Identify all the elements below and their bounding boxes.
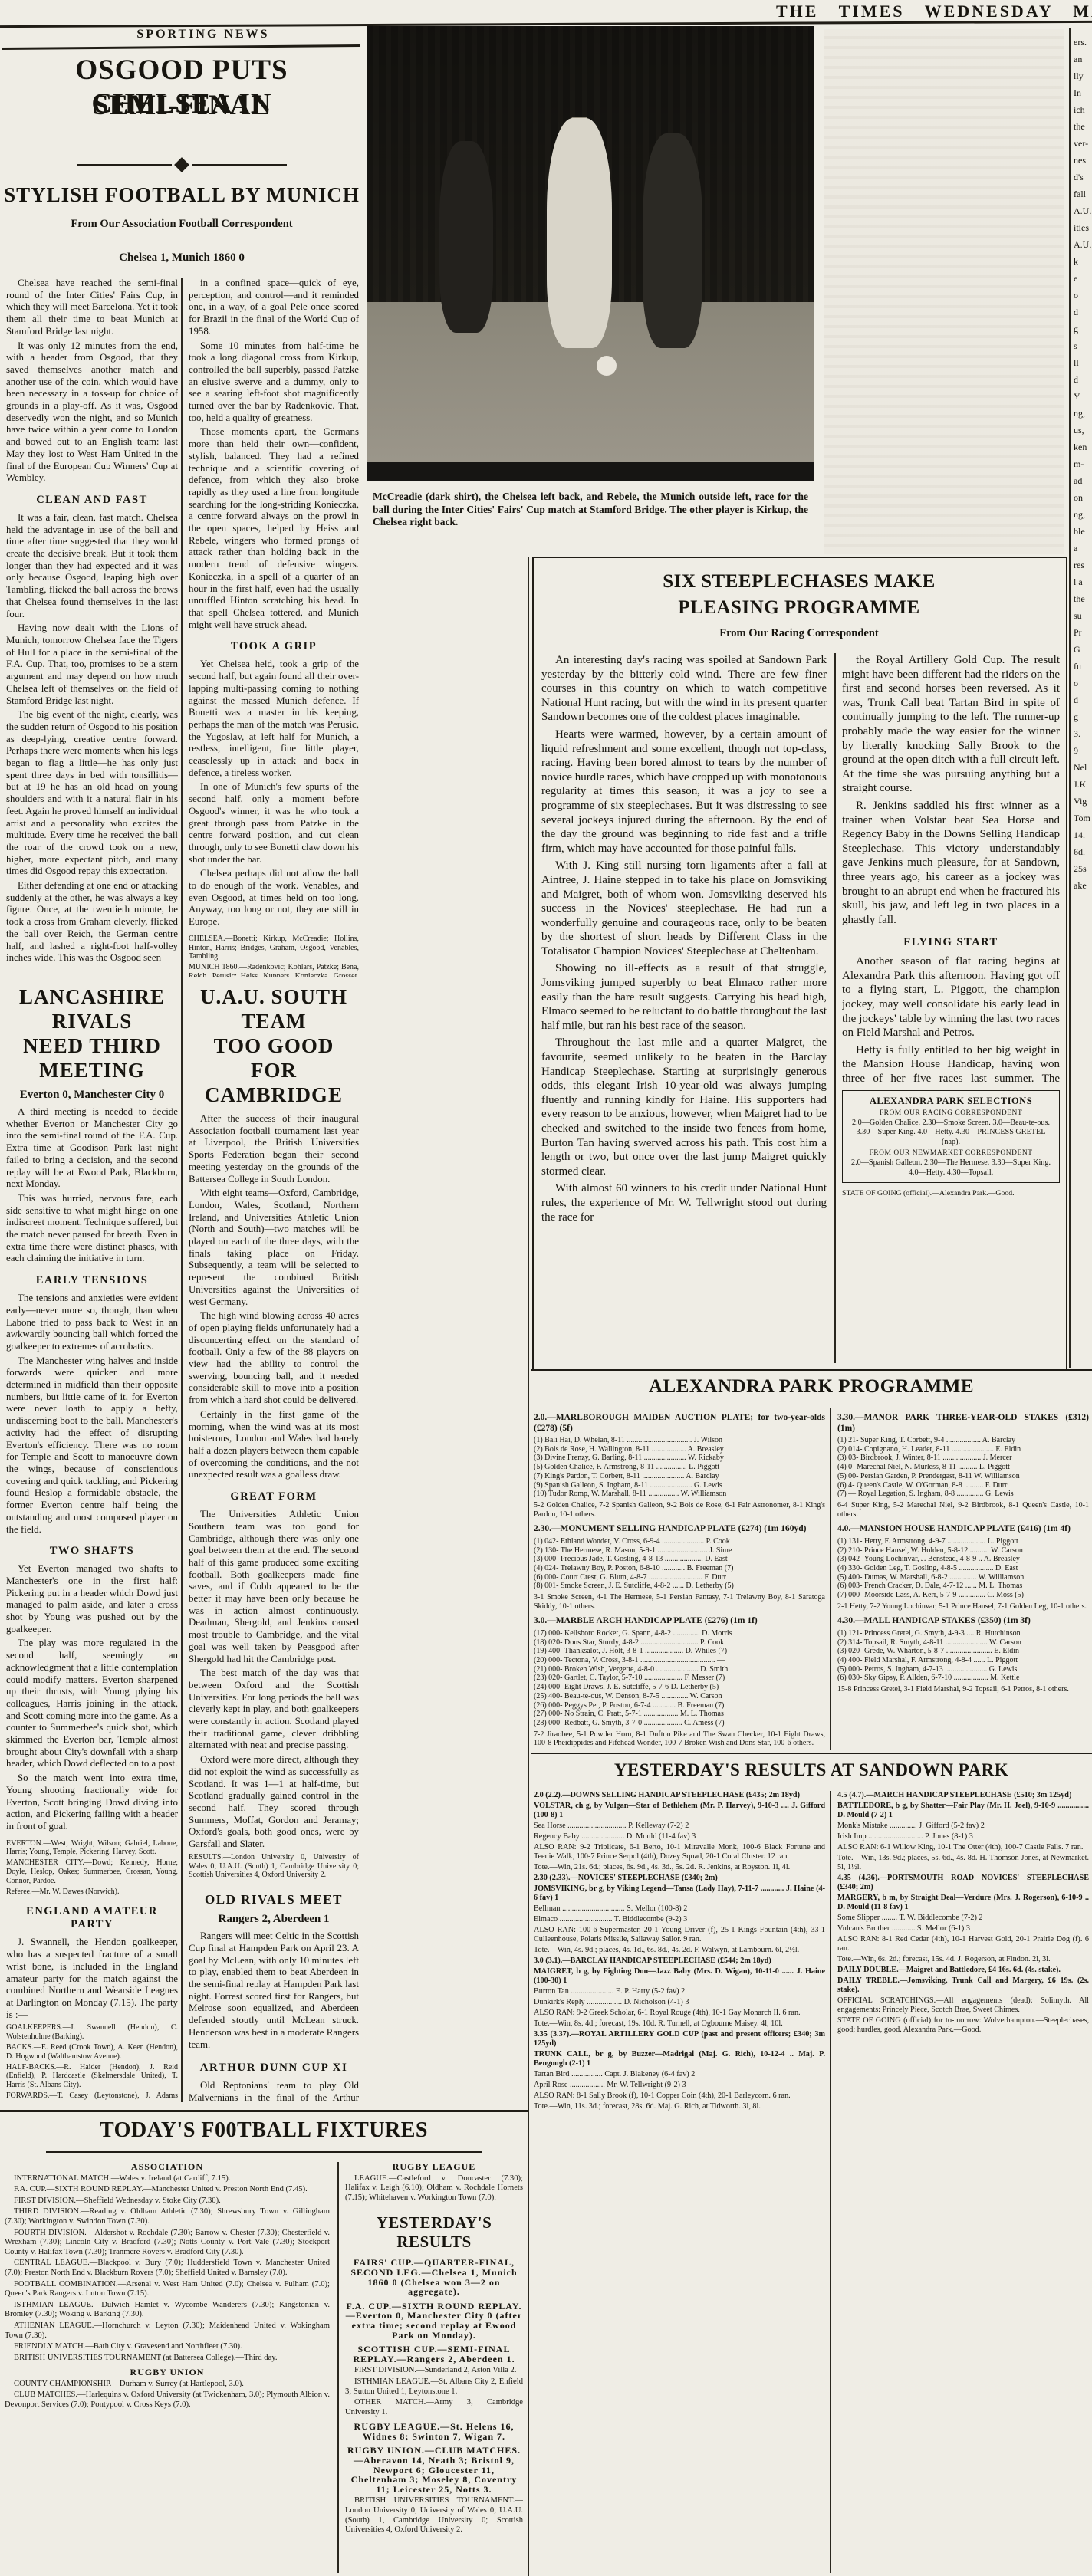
result-line: 4.35 (4.36).—PORTSMOUTH ROAD NOVICES' ST…	[837, 1874, 1089, 1892]
race-entry: (21) 000- Broken Wish, Vergette, 4-8-0 .…	[534, 1665, 825, 1674]
edge-fragment: o	[1074, 675, 1092, 692]
result-line: 3.35 (3.37).—ROYAL ARTILLERY GOLD CUP (p…	[534, 2030, 825, 2049]
race-entries: (17) 000- Kellsboro Rocket, G. Spann, 4-…	[534, 1629, 825, 1728]
fixture-line: FIRST DIVISION.—Sheffield Wednesday v. S…	[5, 2196, 330, 2206]
edge-fragment: ble	[1074, 523, 1092, 540]
selections-sub-1: FROM OUR RACING CORRESPONDENT	[849, 1109, 1053, 1117]
paragraph: Yet Everton managed two shafts to Manche…	[6, 1563, 178, 1635]
paragraph: This was hurried, nervous fare, each sid…	[6, 1193, 178, 1265]
race-entry: (2) Bois de Rose, H. Wallington, 8-11 ..…	[534, 1445, 825, 1454]
edge-fragment: ng,	[1074, 405, 1092, 422]
result-line: Dunkirk's Reply .................. D. Ni…	[534, 1998, 825, 2007]
paragraph: Yet Chelsea held, took a grip of the sec…	[189, 659, 359, 779]
party-line: GOALKEEPERS.—J. Swannell (Hendon), C. Wo…	[6, 2023, 178, 2042]
fixtures-title: TODAY'S F00TBALL FIXTURES	[0, 2119, 528, 2142]
edge-fragment: 6d.	[1074, 843, 1092, 860]
everton-paras-1: A third meeting is needed to decide whet…	[6, 1106, 178, 1265]
column-rule	[181, 278, 183, 2102]
edge-fragment: a	[1074, 540, 1092, 557]
race-entry: (25) 400- Beau-te-ous, W. Denson, 8-7-5 …	[534, 1692, 825, 1701]
edge-fragment: g	[1074, 320, 1092, 337]
programme-race-2-0: 2.0.—MARLBOROUGH MAIDEN AUCTION PLATE; f…	[534, 1413, 825, 1519]
crosshead-great-form: GREAT FORM	[189, 1490, 359, 1503]
osgood-headline-2: SEMI-FINAL	[3, 89, 360, 123]
sandown-right-lines: 4.5 (4.7).—MARCH HANDICAP STEEPLECHASE (…	[837, 1791, 1089, 2035]
result-line: Tartan Bird ................ Capt. J. Bl…	[534, 2070, 825, 2079]
result-line: April Rose .................. Mr. W. Tel…	[534, 2081, 825, 2090]
association-fixtures: INTERNATIONAL MATCH.—Wales v. Ireland (a…	[5, 2174, 330, 2410]
osgood-col2b-paras: Yet Chelsea held, took a grip of the sec…	[189, 659, 359, 928]
edge-fragment: 9	[1074, 742, 1092, 759]
edge-fragment: l a	[1074, 573, 1092, 590]
arthur-dunn-headline: ARTHUR DUNN CUP XI	[189, 2062, 359, 2075]
race-entry: (18) 020- Dons Star, Sturdy, 4-8-2 .....…	[534, 1638, 825, 1648]
result-line: Tote.—Win, 6s. 2d.; forecast, 15s. 4d. J…	[837, 1955, 1089, 1964]
edge-fragment: ake	[1074, 877, 1092, 894]
crosshead-took-a-grip: TOOK A GRIP	[189, 640, 359, 653]
sandown-column-2: 4.5 (4.7).—MARCH HANDICAP STEEPLECHASE (…	[837, 1791, 1089, 2570]
edge-fragment: d	[1074, 692, 1092, 708]
paragraph: Oxford were more direct, although they d…	[189, 1754, 359, 1851]
everton-paras-2: The tensions and anxieties were evident …	[6, 1293, 178, 1536]
uau-paras-2: The Universities Athletic Union Southern…	[189, 1509, 359, 1851]
main-section-rule	[528, 557, 529, 2576]
selections-sub-2: FROM OUR NEWMARKET CORRESPONDENT	[849, 1149, 1053, 1157]
party-line: HALF-BACKS.—R. Haider (Hendon), J. Reid …	[6, 2063, 178, 2090]
race-entry: (5) 400- Dumas, W. Marshall, 6-8-2 .....…	[837, 1573, 1089, 1582]
race-entry: (3) 000- Precious Jade, T. Gosling, 4-8-…	[534, 1555, 825, 1564]
programme-race-3-30: 3.30.—MANOR PARK THREE-YEAR-OLD STAKES (…	[837, 1413, 1089, 1519]
edge-fragment: the	[1074, 118, 1092, 135]
fixture-line: ISTHMIAN LEAGUE.—Dulwich Hamlet v. Wycom…	[5, 2301, 330, 2320]
kicker-rule	[2, 44, 360, 50]
race-title: 4.30.—MALL HANDICAP STAKES (£350) (1m 3f…	[837, 1616, 1089, 1627]
result-line: 3.0 (3.1).—BARCLAY HANDICAP STEEPLECHASE…	[534, 1957, 825, 1966]
result-line: MARGERY, b m, by Straight Deal—Verdure (…	[837, 1894, 1089, 1912]
race-betting: 2-1 Hetty, 7-2 Young Lochinvar, 5-1 Prin…	[837, 1602, 1089, 1612]
edge-fragment: g	[1074, 708, 1092, 725]
edge-fragment: ich	[1074, 101, 1092, 118]
diamond-divider	[77, 159, 287, 170]
photo-caption: McCreadie (dark shirt), the Chelsea left…	[373, 491, 808, 529]
rugby-league-fixtures: LEAGUE.—Castleford v. Doncaster (7.30); …	[345, 2174, 523, 2203]
edge-fragment: 25s	[1074, 860, 1092, 877]
uau-paras-1: After the success of their inaugural Ass…	[189, 1113, 359, 1481]
selections-lines-1: 2.0—Golden Chalice. 2.30—Smoke Screen. 3…	[849, 1119, 1053, 1147]
result-line: Tote.—Win, 11s. 3d.; forecast, 28s. 6d. …	[534, 2102, 825, 2111]
race-entry: (2) 130- The Hermese, R. Mason, 5-9-1 ..…	[534, 1546, 825, 1556]
result-line: BATTLEDORE, b g, by Shatter—Fair Play (M…	[837, 1802, 1089, 1820]
paragraph: The Manchester wing halves and inside fo…	[6, 1355, 178, 1536]
race-entry: (10) Tudor Romp, W. Marshall, 8-11 .....…	[534, 1490, 825, 1499]
edge-fragment: ities	[1074, 219, 1092, 236]
edge-fragment: o	[1074, 287, 1092, 304]
yesterdays-results-lines: FAIRS' CUP.—QUARTER-FINAL, SECOND LEG.—C…	[345, 2258, 523, 2535]
paragraph: Chelsea perhaps did not allow the ball t…	[189, 868, 359, 928]
edge-fragment: ng,	[1074, 506, 1092, 523]
racing-column-1: An interesting day's racing was spoiled …	[541, 653, 827, 1362]
programme-race-4-30: 4.30.—MALL HANDICAP STAKES (£350) (1m 3f…	[837, 1616, 1089, 1694]
edge-fragment: on	[1074, 489, 1092, 506]
fixture-line: THIRD DIVISION.—Reading v. Oldham Athlet…	[5, 2207, 330, 2226]
result-line: ISTHMIAN LEAGUE.—St. Albans City 2, Enfi…	[345, 2377, 523, 2397]
paragraph: The high wind blowing across 40 acres of…	[189, 1310, 359, 1407]
result-line: ALSO RAN: 9-2 Triplicate, 6-1 Berto, 10-…	[534, 1843, 825, 1861]
paragraph: So the match went into extra time, Young…	[6, 1773, 178, 1833]
result-line: 2.0 (2.2).—DOWNS SELLING HANDICAP STEEPL…	[534, 1791, 825, 1800]
race-entry: (4) 330- Golden Leg, T. Gosling, 4-8-5 .…	[837, 1564, 1089, 1573]
selection-line: 2.0—Spanish Galleon. 2.30—The Hermese. 3…	[849, 1158, 1053, 1168]
result-line: RUGBY UNION.—CLUB MATCHES.—Aberavon 14, …	[345, 2446, 523, 2494]
paragraph: Throughout the last mile and a quarter M…	[541, 1036, 827, 1178]
fixture-line: COUNTY CHAMPIONSHIP.—Durham v. Surrey (a…	[5, 2380, 330, 2390]
section-kicker: SPORTING NEWS	[46, 28, 360, 41]
crosshead-flying-start: FLYING START	[842, 936, 1060, 949]
crosshead-early-tensions: EARLY TENSIONS	[6, 1274, 178, 1287]
edge-fragment: us,	[1074, 422, 1092, 439]
selection-line: 3.30—Super King. 4.0—Hetty. 4.30—PRINCES…	[849, 1128, 1053, 1147]
paragraph: R. Jenkins saddled his first winner as a…	[842, 799, 1060, 927]
everton-scoreline: Everton 0, Manchester City 0	[6, 1089, 178, 1102]
result-line: VOLSTAR, ch g, by Vulgan—Star of Bethleh…	[534, 1802, 825, 1820]
photo-player-white-shirt	[547, 118, 612, 348]
paragraph: A third meeting is needed to decide whet…	[6, 1106, 178, 1191]
race-entry: (4) 400- Field Marshal, F. Armstrong, 4-…	[837, 1656, 1089, 1665]
race-entry: (2) 314- Topsail, R. Smyth, 4-8-11 .....…	[837, 1638, 1089, 1648]
racing-byline: From Our Racing Correspondent	[537, 627, 1061, 640]
result-line: Monk's Mistake .............. J. Gifford…	[837, 1822, 1089, 1831]
race-entry: (3) 020- Grede, W. Wharton, 5-8-7 ......…	[837, 1647, 1089, 1656]
race-entry: (5) Golden Chalice, F. Armstrong, 8-11 .…	[534, 1463, 825, 1472]
edge-fragments: ers.anllyInichthever-nesd'sfallA.U.ities…	[1074, 34, 1092, 894]
rugby-league-label: RUGBY LEAGUE	[345, 2162, 523, 2172]
everton-headline-1: LANCASHIRE RIVALS	[6, 984, 178, 1033]
racing-headline-1: SIX STEEPLECHASES MAKE	[537, 570, 1061, 593]
edge-fragment: e	[1074, 270, 1092, 287]
programme-race-4-0: 4.0.—MANSION HOUSE HANDICAP PLATE (£416)…	[837, 1524, 1089, 1611]
edge-fragment: fall	[1074, 186, 1092, 202]
programme-title: ALEXANDRA PARK PROGRAMME	[531, 1375, 1092, 1398]
edge-fragment: fu	[1074, 658, 1092, 675]
race-entry: (1) 121- Princess Gretel, G. Smyth, 4-9-…	[837, 1629, 1089, 1638]
result-line: Burton Tan ...................... E. P. …	[534, 1987, 825, 1996]
result-line: Irish Imp ............................ P…	[837, 1832, 1089, 1842]
party-line: FORWARDS.—T. Casey (Leytonstone), J. Ada…	[6, 2091, 178, 2101]
edge-fragment: d	[1074, 371, 1092, 388]
osgood-byline: From Our Association Football Correspond…	[3, 218, 360, 231]
result-line: MAIGRET, b g, by Fighting Don—Jazz Baby …	[534, 1967, 825, 1986]
photo-player-dark-right	[643, 133, 702, 348]
team-line: Referee.—Mr. W. Dawes (Norwich).	[6, 1888, 178, 1897]
result-line: Regency Baby ...................... D. M…	[534, 1832, 825, 1842]
race-entry: (7) King's Pardon, T. Corbett, 8-11 ....…	[534, 1472, 825, 1481]
edge-fragment: Pr	[1074, 624, 1092, 641]
race-entry: (6) 003- French Cracker, D. Dale, 4-7-12…	[837, 1582, 1089, 1591]
osgood-col1b-paras: It was a fair, clean, fast match. Chelse…	[6, 512, 178, 964]
photo-player-dark-left	[439, 141, 493, 333]
paragraph: In one of Munich's few spurts of the sec…	[189, 781, 359, 866]
paragraph: It was a fair, clean, fast match. Chelse…	[6, 512, 178, 620]
edge-fragment: s	[1074, 337, 1092, 354]
paragraph: The tensions and anxieties were evident …	[6, 1293, 178, 1353]
race-betting: 7-2 Jiraobee, 5-1 Powder Horn, 8-1 Dufto…	[534, 1730, 825, 1748]
result-line: STATE OF GOING (official) for to-morrow:…	[837, 2016, 1089, 2035]
fixtures-column-1: ASSOCIATION INTERNATIONAL MATCH.—Wales v…	[5, 2162, 330, 2571]
osgood-col2-paras: in a confined space—quick of eye, percep…	[189, 278, 359, 631]
race-entry: (7) 000- Moorside Lass, A. Kerr, 5-7-9 .…	[837, 1591, 1089, 1600]
edge-fragment: G	[1074, 641, 1092, 658]
crosshead-clean-and-fast: CLEAN AND FAST	[6, 494, 178, 507]
result-line: JOMSVIKING, br g, by Viking Legend—Tansa…	[534, 1884, 825, 1903]
sandown-left-lines: 2.0 (2.2).—DOWNS SELLING HANDICAP STEEPL…	[534, 1791, 825, 2111]
race-entry: (19) 400- Thanksalot, J. Holt, 3-8-1 ...…	[534, 1647, 825, 1656]
race-betting: 6-4 Super King, 5-2 Marechal Niel, 9-2 B…	[837, 1501, 1089, 1519]
race-entry: (5) 00- Persian Garden, P. Prendergast, …	[837, 1472, 1089, 1481]
paragraph: Either defending at one end or attacking…	[6, 880, 178, 964]
programme-race-2-30: 2.30.—MONUMENT SELLING HANDICAP PLATE (£…	[534, 1524, 825, 1611]
fixture-line: FRIENDLY MATCH.—Bath City v. Gravesend a…	[5, 2342, 330, 2352]
osgood-subhead: STYLISH FOOTBALL BY MUNICH	[3, 182, 360, 207]
race-entry: (28) 000- Redbatt, G. Smyth, 3-7-0 .....…	[534, 1719, 825, 1728]
selection-line: 2.0—Golden Chalice. 2.30—Smoke Screen. 3…	[849, 1119, 1053, 1128]
race-title: 3.30.—MANOR PARK THREE-YEAR-OLD STAKES (…	[837, 1413, 1089, 1434]
programme-column-rule	[830, 1408, 831, 1750]
race-entry: (9) Spanish Galleon, S. Ingham, 8-11 ...…	[534, 1481, 825, 1490]
paragraph: Certainly in the first game of the morni…	[189, 1409, 359, 1481]
osgood-column-2: in a confined space—quick of eye, percep…	[189, 278, 359, 977]
result-line: DAILY DOUBLE.—Maigret and Battledore, £4…	[837, 1966, 1089, 1975]
result-line: Sea Horse ..............................…	[534, 1822, 825, 1831]
edge-fragment: ll	[1074, 354, 1092, 371]
race-entry: (3) 042- Young Lochinvar, J. Benstead, 4…	[837, 1555, 1089, 1564]
paragraph: The Universities Athletic Union Southern…	[189, 1509, 359, 1665]
paragraph: The best match of the day was that betwe…	[189, 1667, 359, 1752]
selection-line: 4.0—Hetty. 4.30—Topsail.	[849, 1168, 1053, 1178]
fixture-line: BRITISH UNIVERSITIES TOURNAMENT (at Batt…	[5, 2354, 330, 2364]
result-line: ALSO RAN: 8-1 Sally Brook (f), 10-1 Copp…	[534, 2091, 825, 2101]
race-title: 3.0.—MARBLE ARCH HANDICAP PLATE (£276) (…	[534, 1616, 825, 1627]
paragraph: the Royal Artillery Gold Cup. The result…	[842, 653, 1060, 796]
fixtures-column-2: RUGBY LEAGUE LEAGUE.—Castleford v. Donca…	[345, 2162, 523, 2571]
uau-headline-3: CAMBRIDGE	[189, 1083, 359, 1107]
result-line: ALSO RAN: 100-6 Supermaster, 20-1 Young …	[534, 1926, 825, 1944]
cutoff-column-ghost	[824, 29, 1064, 554]
edge-fragment: Tom	[1074, 810, 1092, 826]
result-line: Vulcan's Brother ............ S. Mellor …	[837, 1924, 1089, 1934]
page-edge-rule	[1069, 28, 1071, 1368]
edge-fragment: su	[1074, 607, 1092, 624]
programme-column-2: 3.30.—MANOR PARK THREE-YEAR-OLD STAKES (…	[837, 1408, 1089, 1750]
paragraph: An interesting day's racing was spoiled …	[541, 653, 827, 724]
result-line: Elmaco ........................... T. Bi…	[534, 1915, 825, 1924]
edge-fragment: ver-	[1074, 135, 1092, 152]
race-entry: (1) 131- Hetty, F. Armstrong, 4-9-7 ....…	[837, 1537, 1089, 1546]
everton-headline-2: NEED THIRD	[6, 1033, 178, 1058]
edge-fragment: In	[1074, 84, 1092, 101]
selections-title: ALEXANDRA PARK SELECTIONS	[849, 1096, 1053, 1107]
paragraph: Having now dealt with the Lions of Munic…	[6, 623, 178, 707]
amateur-party-list: GOALKEEPERS.—J. Swannell (Hendon), C. Wo…	[6, 2023, 178, 2101]
race-entries: (1) Bali Hai, D. Whelan, 8-11 ..........…	[534, 1436, 825, 1499]
oldrivals-scoreline: Rangers 2, Aberdeen 1	[189, 1913, 359, 1926]
race-entry: (6) 000- Court Crest, G. Blum, 4-8-7 ...…	[534, 1573, 825, 1582]
race-entry: (4) 024- Trelawny Boy, P. Poston, 6-8-10…	[534, 1564, 825, 1573]
race-entry: (4) 0- Marechal Niel, N. Murless, 8-11 .…	[837, 1463, 1089, 1472]
paragraph: With almost 60 winners to his credit und…	[541, 1181, 827, 1224]
result-line: Tote.—Win, 4s. 9d.; places, 4s. 1d., 6s.…	[534, 1946, 825, 1955]
edge-fragment: Vig	[1074, 793, 1092, 810]
football-icon	[597, 356, 617, 376]
race-entry: (27) 000- No Strain, C. Pratt, 5-7-1 ...…	[534, 1710, 825, 1719]
everton-paras-3: Yet Everton managed two shafts to Manche…	[6, 1563, 178, 1832]
result-line: DAILY TREBLE.—Jomsviking, Trunk Call and…	[837, 1976, 1089, 1995]
paragraph: It was only 12 minutes from the end, wit…	[6, 340, 178, 485]
result-line: ALSO RAN: 6-1 Willow King, 10-1 The Otte…	[837, 1843, 1089, 1852]
edge-fragment: A.U.	[1074, 202, 1092, 219]
paragraph: in a confined space—quick of eye, percep…	[189, 278, 359, 338]
race-entry: (8) 001- Smoke Screen, J. E. Sutcliffe, …	[534, 1582, 825, 1591]
race-entry: (1) 042- Ethland Wonder, V. Cross, 6-9-4…	[534, 1537, 825, 1546]
edge-fragment: lly	[1074, 67, 1092, 84]
sandown-column-rule	[830, 1791, 831, 2573]
everton-column: LANCASHIRE RIVALS NEED THIRD MEETING Eve…	[6, 984, 178, 2101]
edge-fragment: Nel	[1074, 759, 1092, 776]
edge-fragment: J.K	[1074, 776, 1092, 793]
race-entry: (7) — Royal Legation, S. Ingham, 8-8 ...…	[837, 1490, 1089, 1499]
result-line: Tote.—Win, 8s. 4d.; forecast, 19s. 10d. …	[534, 2019, 825, 2029]
uau-column: U.A.U. SOUTH TEAM TOO GOOD FOR CAMBRIDGE…	[189, 984, 359, 2101]
fixture-line: RUGBY UNION	[5, 2367, 330, 2377]
edge-fragment: ers.	[1074, 34, 1092, 51]
photo-bottom-band	[367, 462, 814, 481]
result-line: Bellman ................................…	[534, 1904, 825, 1914]
fixtures-bottom-rule	[46, 2151, 482, 2153]
race-entry: (23) 020- Gartlet, C. Taylor, 5-7-10 ...…	[534, 1674, 825, 1683]
result-line: ALSO RAN: 9-2 Greek Scholar, 6-1 Royal R…	[534, 2009, 825, 2018]
everton-headline-3: MEETING	[6, 1058, 178, 1083]
paragraph: With J. King still nursing torn ligament…	[541, 859, 827, 958]
race-entry: (26) 000- Peggys Pet, P. Poston, 6-7-4 .…	[534, 1701, 825, 1710]
race-entries: (1) 121- Princess Gretel, G. Smyth, 4-9-…	[837, 1629, 1089, 1683]
result-line: 4.5 (4.7).—MARCH HANDICAP STEEPLECHASE (…	[837, 1791, 1089, 1800]
edge-fragment: A.U.	[1074, 236, 1092, 253]
selections-lines-2: 2.0—Spanish Galleon. 2.30—The Hermese. 3…	[849, 1158, 1053, 1178]
race-entry: (1) Bali Hai, D. Whelan, 8-11 ..........…	[534, 1436, 825, 1445]
paragraph: The play was more regulated in the secon…	[6, 1638, 178, 1770]
fixture-line: INTERNATIONAL MATCH.—Wales v. Ireland (a…	[5, 2174, 330, 2184]
race-title: 4.0.—MANSION HOUSE HANDICAP PLATE (£416)…	[837, 1524, 1089, 1535]
fixture-line: CENTRAL LEAGUE.—Blackpool v. Bury (7.0);…	[5, 2259, 330, 2278]
party-line: BACKS.—E. Reed (Crook Town), A. Keen (He…	[6, 2043, 178, 2062]
state-of-going: STATE OF GOING (official).—Alexandra Par…	[842, 1189, 1060, 1198]
crosshead-two-shafts: TWO SHAFTS	[6, 1545, 178, 1558]
sandown-column-1: 2.0 (2.2).—DOWNS SELLING HANDICAP STEEPL…	[534, 1791, 825, 2570]
cutoff-text-sliver: ers.anllyInichthever-nesd'sfallA.U.ities…	[1074, 34, 1092, 1365]
race-entry: (3) Divine Frenzy, G. Barling, 8-11 ....…	[534, 1454, 825, 1463]
race-entry: (20) 000- Tectona, V. Cross, 3-8-1 .....…	[534, 1656, 825, 1665]
fixture-line: ATHENIAN LEAGUE.—Hornchurch v. Leyton (7…	[5, 2321, 330, 2341]
race-entry: (24) 000- Eight Draws, J. E. Sutcliffe, …	[534, 1683, 825, 1692]
edge-fragment: the	[1074, 590, 1092, 607]
race-entry: (5) 000- Petros, S. Ingham, 4-7-13 .....…	[837, 1665, 1089, 1674]
racing-col1-paras: An interesting day's racing was spoiled …	[541, 653, 827, 1224]
race-entry: (6) 030- Sky Gipsy, P. Allden, 6-7-10 ..…	[837, 1674, 1089, 1683]
oldrivals-headline: OLD RIVALS MEET	[189, 1892, 359, 1907]
osgood-team-lists: CHELSEA.—Bonetti; Kirkup, McCreadie; Hol…	[189, 935, 359, 977]
race-entry: (2) 210- Prince Hansel, W. Holden, 5-8-1…	[837, 1546, 1089, 1556]
uau-results-line: RESULTS.—London University 0, University…	[189, 1853, 359, 1880]
result-line: Tote.—Win, 13s. 9d.; places, 5s. 6d., 4s…	[837, 1854, 1089, 1872]
race-entry: (3) 03- Birdbrook, J. Winter, 8-11 .....…	[837, 1454, 1089, 1463]
racing-col2b-paras: Another season of flat racing begins at …	[842, 955, 1060, 1083]
result-line: BRITISH UNIVERSITIES TOURNAMENT.—London …	[345, 2496, 523, 2535]
amateur-party-paras: J. Swannell, the Hendon goalkeeper, who …	[6, 1937, 178, 2021]
edge-fragment: ad	[1074, 472, 1092, 489]
edge-fragment: res	[1074, 557, 1092, 573]
race-entry: (6) 4- Queen's Castle, W. O'Gorman, 8-8 …	[837, 1481, 1089, 1490]
osgood-scoreline: Chelsea 1, Munich 1860 0	[3, 251, 360, 264]
result-line: F.A. CUP.—SIXTH ROUND REPLAY.—Everton 0,…	[345, 2302, 523, 2340]
paragraph: Another season of flat racing begins at …	[842, 955, 1060, 1040]
arthur-dunn-para: Old Reptonians' team to play Old Malvern…	[189, 2080, 359, 2101]
race-betting: 15-8 Princess Gretel, 3-1 Field Marshal,…	[837, 1685, 1089, 1694]
racing-col2-text: the Royal Artillery Gold Cup. The result…	[842, 653, 1060, 1083]
paragraph: Chelsea have reached the semi-final roun…	[6, 278, 178, 338]
race-entries: (1) 131- Hetty, F. Armstrong, 4-9-7 ....…	[837, 1537, 1089, 1600]
race-betting: 3-1 Smoke Screen, 4-1 The Hermese, 5-1 P…	[534, 1593, 825, 1611]
edge-fragment: Y	[1074, 388, 1092, 405]
edge-fragment: an	[1074, 51, 1092, 67]
result-line: FAIRS' CUP.—QUARTER-FINAL, SECOND LEG.—C…	[345, 2258, 523, 2296]
diamond-icon	[174, 157, 189, 172]
edge-fragment: m-	[1074, 455, 1092, 472]
uau-headline-1: U.A.U. SOUTH TEAM	[189, 984, 359, 1033]
masthead: THE TIMES WEDNESDAY MARCH	[776, 2, 1092, 21]
paragraph: Hetty is fully entitled to her big weigh…	[842, 1043, 1060, 1083]
osgood-column-1: Chelsea have reached the semi-final roun…	[6, 278, 178, 977]
paragraph: Those moments apart, the Germans more th…	[189, 426, 359, 631]
fixtures-top-rule	[0, 2110, 528, 2112]
team-line: EVERTON.—West; Wright, Wilson; Gabriel, …	[6, 1839, 178, 1858]
result-line: RUGBY LEAGUE.—St. Helens 16, Widnes 8; S…	[345, 2422, 523, 2441]
result-line: Tote.—Win, 21s. 6d.; places, 6s. 9d., 4s…	[534, 1863, 825, 1872]
oldrivals-para: Rangers will meet Celtic in the Scottish…	[189, 1930, 359, 2051]
uau-headline-2: TOO GOOD FOR	[189, 1033, 359, 1083]
paragraph: The big event of the night, clearly, was…	[6, 709, 178, 878]
result-line: FIRST DIVISION.—Sunderland 2, Aston Vill…	[345, 2366, 523, 2376]
racing-headline-2: PLEASING PROGRAMME	[537, 596, 1061, 619]
paragraph: With eight teams—Oxford, Cambridge, Lond…	[189, 1188, 359, 1308]
racing-col2-paras: the Royal Artillery Gold Cup. The result…	[842, 653, 1060, 927]
paragraph: Some 10 minutes from half-time he took a…	[189, 340, 359, 425]
edge-fragment: 14.	[1074, 826, 1092, 843]
race-entries: (1) 042- Ethland Wonder, V. Cross, 6-9-4…	[534, 1537, 825, 1591]
match-photo	[367, 26, 814, 481]
team-line: MUNICH 1860.—Radenkovic; Kohlars, Patzke…	[189, 963, 359, 977]
edge-fragment: ken	[1074, 439, 1092, 455]
race-betting: 5-2 Golden Chalice, 7-2 Spanish Galleon,…	[534, 1501, 825, 1519]
newspaper-page: THE TIMES WEDNESDAY MARCH SPORTING NEWS …	[0, 0, 1092, 2576]
race-title: 2.30.—MONUMENT SELLING HANDICAP PLATE (£…	[534, 1524, 825, 1535]
programme-race-3-0: 3.0.—MARBLE ARCH HANDICAP PLATE (£276) (…	[534, 1616, 825, 1748]
race-entries: (1) 21- Super King, T. Corbett, 9-4 ....…	[837, 1436, 1089, 1499]
results-top-rule	[531, 1753, 1092, 1754]
race-entry: (2) 014- Copignano, H. Leader, 8-11 ....…	[837, 1445, 1089, 1454]
paragraph: Showing no ill-effects as a result of th…	[541, 961, 827, 1033]
everton-team-lists: EVERTON.—West; Wright, Wilson; Gabriel, …	[6, 1839, 178, 1897]
paragraph: After the success of their inaugural Ass…	[189, 1113, 359, 1185]
paragraph: J. Swannell, the Hendon goalkeeper, who …	[6, 1937, 178, 2021]
